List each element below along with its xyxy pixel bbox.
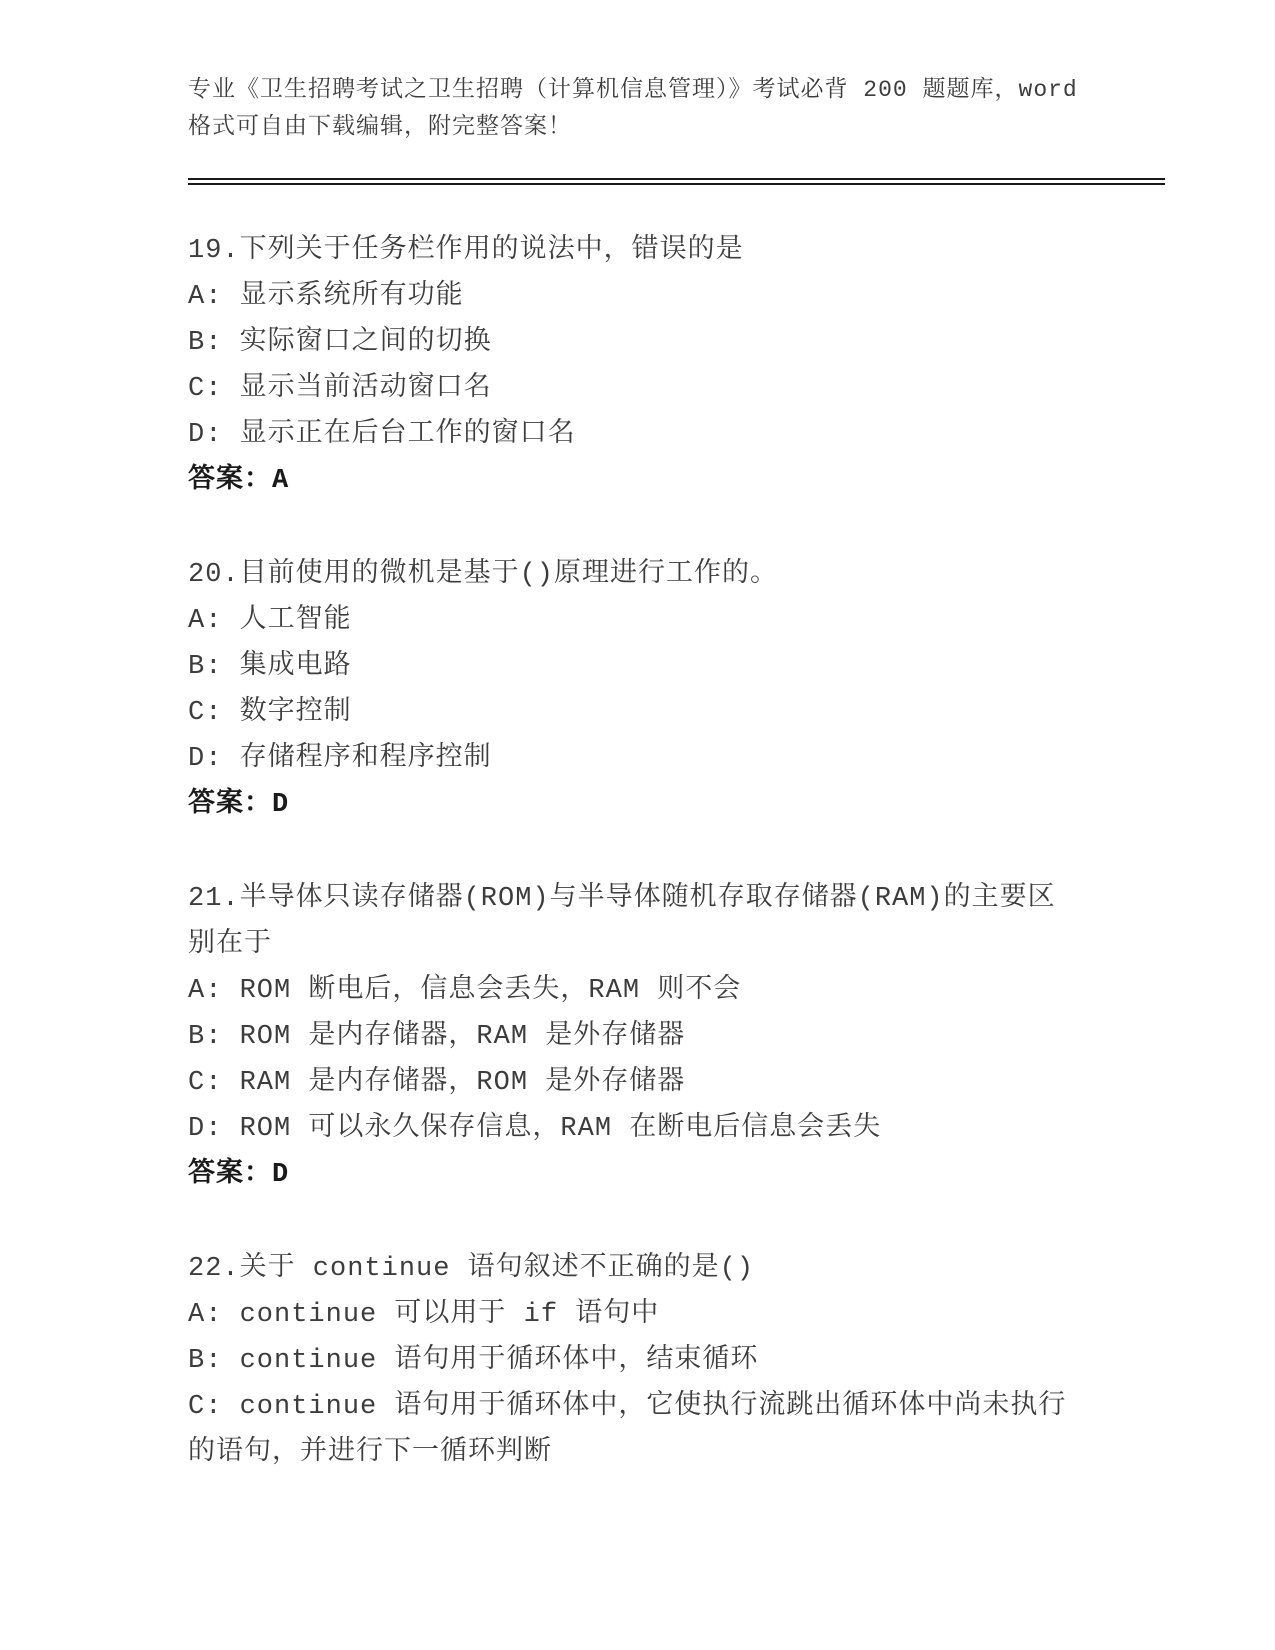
question-option-b: B: ROM 是内存储器，RAM 是外存储器 xyxy=(188,1014,1068,1060)
question-option-c: C: 显示当前活动窗口名 xyxy=(188,366,1068,412)
question-option-c: C: RAM 是内存储器，ROM 是外存储器 xyxy=(188,1060,1068,1106)
header-rule-divider xyxy=(188,178,1165,185)
question-title: 22.关于 continue 语句叙述不正确的是() xyxy=(188,1246,1068,1292)
question-answer: 答案：A xyxy=(188,458,1068,504)
document-page: 专业《卫生招聘考试之卫生招聘（计算机信息管理）》考试必背 200 题题库，wor… xyxy=(0,0,1275,1650)
question-option-d: D: 存储程序和程序控制 xyxy=(188,736,1068,782)
question-title: 20.目前使用的微机是基于()原理进行工作的。 xyxy=(188,552,1068,598)
header-text: 专业《卫生招聘考试之卫生招聘（计算机信息管理）》考试必背 200 题题库，wor… xyxy=(188,72,1098,146)
question-22: 22.关于 continue 语句叙述不正确的是() A: continue 可… xyxy=(188,1246,1068,1476)
question-option-b: B: 实际窗口之间的切换 xyxy=(188,320,1068,366)
page-header: 专业《卫生招聘考试之卫生招聘（计算机信息管理）》考试必背 200 题题库，wor… xyxy=(0,72,1275,185)
question-option-d: D: 显示正在后台工作的窗口名 xyxy=(188,412,1068,458)
question-answer: 答案：D xyxy=(188,782,1068,828)
question-option-d: D: ROM 可以永久保存信息，RAM 在断电后信息会丢失 xyxy=(188,1106,1068,1152)
question-option-a: A: ROM 断电后，信息会丢失，RAM 则不会 xyxy=(188,968,1068,1014)
question-option-b: B: continue 语句用于循环体中，结束循环 xyxy=(188,1338,1068,1384)
question-option-b: B: 集成电路 xyxy=(188,644,1068,690)
question-option-c: C: continue 语句用于循环体中，它使执行流跳出循环体中尚未执行的语句，… xyxy=(188,1384,1068,1476)
question-20: 20.目前使用的微机是基于()原理进行工作的。 A: 人工智能 B: 集成电路 … xyxy=(188,552,1068,828)
question-option-a: A: 显示系统所有功能 xyxy=(188,274,1068,320)
question-21: 21.半导体只读存储器(ROM)与半导体随机存取存储器(RAM)的主要区别在于 … xyxy=(188,876,1068,1198)
question-answer: 答案：D xyxy=(188,1152,1068,1198)
question-option-a: A: 人工智能 xyxy=(188,598,1068,644)
question-title: 21.半导体只读存储器(ROM)与半导体随机存取存储器(RAM)的主要区别在于 xyxy=(188,876,1068,968)
question-option-c: C: 数字控制 xyxy=(188,690,1068,736)
question-title: 19.下列关于任务栏作用的说法中，错误的是 xyxy=(188,228,1068,274)
question-option-a: A: continue 可以用于 if 语句中 xyxy=(188,1292,1068,1338)
question-19: 19.下列关于任务栏作用的说法中，错误的是 A: 显示系统所有功能 B: 实际窗… xyxy=(188,228,1068,504)
questions-area: 19.下列关于任务栏作用的说法中，错误的是 A: 显示系统所有功能 B: 实际窗… xyxy=(188,228,1068,1476)
